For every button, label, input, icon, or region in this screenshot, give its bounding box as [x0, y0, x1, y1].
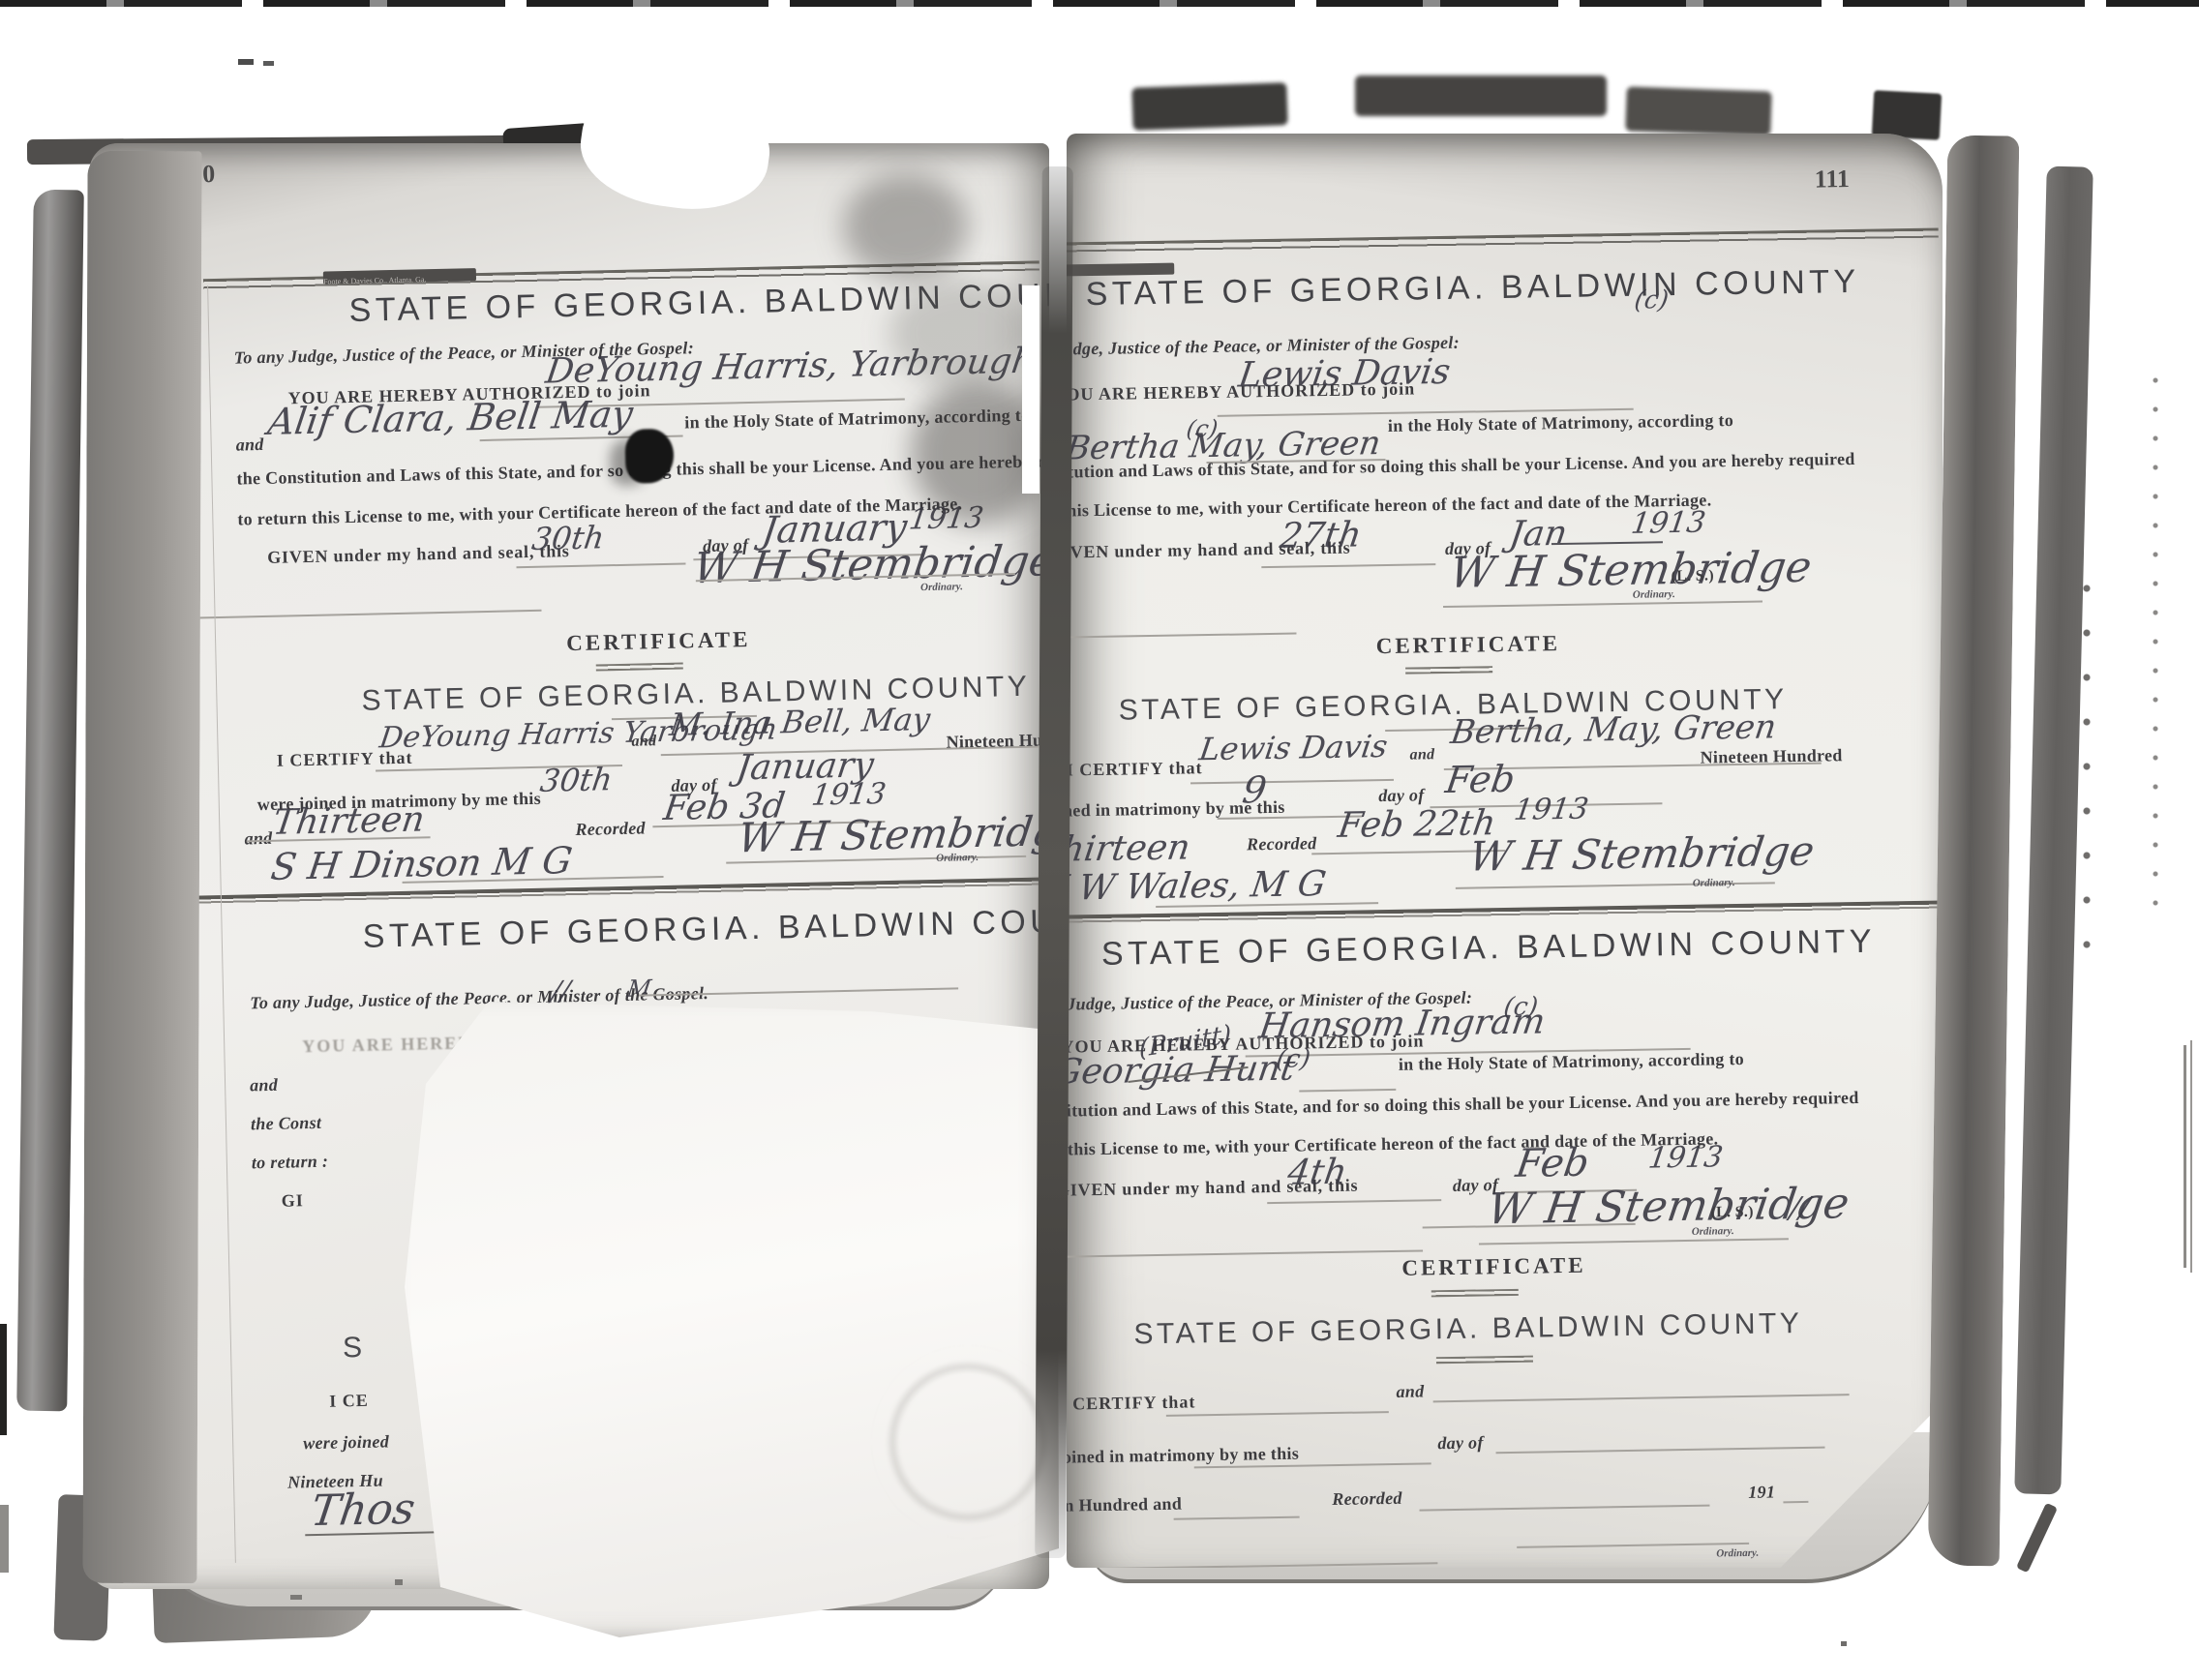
ordinary-label: Ordinary.: [1692, 1225, 1734, 1238]
fill-in-line: [516, 562, 685, 568]
given-partial: GI: [282, 1190, 304, 1211]
scan-speckle-column: [2151, 375, 2162, 927]
fill-in-line: [1190, 779, 1394, 784]
return-clause: to return this License to me, with your …: [1067, 490, 1712, 522]
matrimony-clause: in the Holy State of Matrimony, accordin…: [1399, 1049, 1744, 1075]
header-double-rule: [1067, 227, 1939, 254]
day-of-label: day of: [1437, 1432, 1484, 1454]
license-heading: STATE OF GEORGIA. BALDWIN COUNTY: [1085, 263, 1860, 314]
and-label: and: [1409, 746, 1434, 764]
ordinary-label: Ordinary.: [936, 852, 979, 864]
certificate-bride-handwritten: Bertha, May, Green: [1448, 707, 1778, 752]
record-book-page-111: 111 STATE OF GEORGIA. BALDWIN COUNTY (c)…: [1067, 134, 1943, 1568]
given-day-handwritten: 4th: [1285, 1153, 1349, 1193]
scan-dash-mark: [238, 59, 254, 65]
given-month-handwritten: Feb: [1513, 1141, 1591, 1186]
return-clause: to return this License to me, with your …: [1067, 1128, 1719, 1160]
and-label: and: [1396, 1381, 1424, 1401]
fill-in-line: [1261, 563, 1435, 568]
page-top-crust: [1625, 86, 1772, 135]
ordinary-signature-handwritten: W H Stembridge: [690, 536, 1049, 593]
ordinary-label: Ordinary.: [1693, 877, 1735, 889]
book-cover-edge-left: [16, 190, 84, 1412]
page-111-content: 111 STATE OF GEORGIA. BALDWIN COUNTY (c)…: [1067, 134, 1943, 1568]
scan-dash-mark: [263, 61, 274, 66]
return-partial: to return :: [252, 1152, 329, 1174]
matrimony-clause: in the Holy State of Matrimony, accordin…: [1388, 410, 1733, 436]
scan-left-edge-mark: [0, 1324, 7, 1435]
year-prefix-label: 191: [1748, 1482, 1775, 1502]
scan-top-edge-line: [0, 0, 2199, 7]
recorded-label: Recorded: [1332, 1488, 1402, 1510]
bride-name-handwritten: Georgia Hunt: [1067, 1049, 1297, 1093]
fill-in-line: [1299, 1089, 1396, 1093]
certify-clause: I CERTIFY that: [1067, 758, 1203, 780]
given-day-handwritten: 27th: [1278, 515, 1364, 555]
ordinary-label: Ordinary.: [1716, 1547, 1759, 1560]
year-word-handwritten: Thirteen: [1067, 827, 1192, 870]
second-license-heading: STATE OF GEORGIA. BALDWIN COUNTY: [1101, 923, 1877, 974]
second-license-heading: STATE OF GEORGIA. BALDWIN COUNTY: [362, 901, 1049, 955]
certificate-underline: [1436, 1356, 1533, 1365]
signature-line: [1479, 1238, 1789, 1245]
seal-label: (L. S.): [1710, 1204, 1754, 1222]
page-top-crust: [1872, 90, 1942, 140]
signature-partial-handwritten: Thos: [308, 1485, 418, 1536]
page-number-right: 111: [1815, 165, 1851, 195]
certificate-underline: [1431, 1289, 1519, 1297]
and-partial: and: [250, 1075, 278, 1096]
recorded-year-handwritten: 1913: [1512, 793, 1590, 827]
scan-right-thin-line: [2184, 1045, 2186, 1268]
ordinary-label: Ordinary.: [1633, 588, 1675, 601]
fill-in-line: [1067, 633, 1296, 640]
and-label: and: [235, 435, 263, 456]
state-heading-partial: S: [343, 1332, 363, 1365]
joined-partial: were joined: [303, 1431, 389, 1454]
certificate-state-heading: STATE OF GEORGIA. BALDWIN COUNTY: [1133, 1307, 1802, 1351]
colored-pen-mark: (c): [1275, 1044, 1312, 1074]
scan-left-edge-mark: [0, 1505, 9, 1573]
page-stack-edge-left: [82, 151, 201, 1583]
pen-mark: M: [625, 975, 652, 1003]
recorded-label: Recorded: [1247, 833, 1317, 855]
blank-line: [1067, 1562, 1437, 1568]
colored-pen-mark: (c): [1502, 992, 1540, 1022]
certify-clause: I CERTIFY that: [1067, 1392, 1196, 1414]
certify-partial: I CE: [329, 1391, 369, 1412]
scan-dash-mark: [395, 1579, 403, 1585]
nineteen-hundred-label: Nineteen Hundred: [1700, 745, 1842, 767]
recorded-year-handwritten: 1913: [809, 777, 888, 813]
gutter-white-gap: [1022, 285, 1039, 494]
fill-in-line: [1267, 1199, 1441, 1204]
ordinary-signature-handwritten: W H Stembridge: [1466, 827, 1818, 881]
blank-line: [1496, 1447, 1825, 1455]
blank-line: [1783, 1501, 1808, 1503]
given-year-handwritten: 1913: [1646, 1140, 1725, 1175]
certificate-bride-handwritten: M. Ina Bell, May: [668, 701, 933, 743]
certificate-groom-handwritten: Lewis Davis: [1197, 728, 1390, 767]
and-label: and: [244, 828, 272, 850]
given-year-handwritten: 1913: [1629, 505, 1707, 540]
bride-name-handwritten: Alif Clara, Bell May: [265, 393, 636, 443]
scan-dash-mark: [290, 1595, 302, 1600]
signature-line: [1443, 601, 1762, 608]
and-label: and: [631, 733, 656, 751]
colored-pen-mark: (c): [1633, 285, 1671, 315]
given-day-handwritten: 30th: [529, 519, 606, 557]
blank-line: [1433, 1394, 1850, 1402]
given-clause: GIVEN under my hand and seal, this: [267, 541, 570, 568]
scan-slash-mark: [2016, 1503, 2058, 1574]
form-margin-line: [207, 285, 236, 1563]
ordinary-signature-handwritten: W H Stembridge: [735, 807, 1049, 862]
day-of-label: day of: [1378, 785, 1425, 806]
groom-name-handwritten: Lewis Davis: [1236, 352, 1453, 396]
scan-dot-mark: [1841, 1641, 1847, 1646]
ordinary-label: Ordinary.: [920, 581, 963, 593]
loose-overlay-sheet: [397, 997, 1065, 1645]
joined-clause: joined in matrimony by me this: [1067, 1444, 1299, 1468]
nineteen-hundred-label: Nineteen Hundred and: [1067, 1494, 1182, 1517]
certificate-underline: [1405, 666, 1492, 674]
certificate-day-handwritten: 30th: [538, 761, 615, 799]
blank-line: [1420, 1505, 1710, 1512]
page-top-crust: [1131, 82, 1287, 131]
minister-signature-handwritten: J W Wales, M G: [1067, 864, 1329, 909]
certificate-month-handwritten: Feb: [1443, 758, 1518, 801]
seal-label: (L. S.): [1671, 567, 1714, 585]
scan-right-thin-line: [2190, 1040, 2192, 1273]
blank-line: [1166, 1411, 1389, 1417]
constitution-partial: the Const: [251, 1113, 322, 1135]
nineteen-hundred-label: Nineteen Hundred: [946, 729, 1049, 752]
certificate-heading: CERTIFICATE: [566, 627, 751, 656]
blank-line: [1517, 1543, 1749, 1548]
certificate-heading: CERTIFICATE: [1401, 1253, 1586, 1281]
scan-speckle-column: [2077, 579, 2098, 985]
page-top-crust: [1355, 75, 1607, 116]
ordinary-signature-handwritten: W H Stembridge: [1447, 543, 1815, 598]
blank-line: [1174, 1516, 1300, 1520]
fill-in-line: [1067, 1249, 1423, 1258]
certificate-heading: CERTIFICATE: [1375, 631, 1560, 659]
constitution-clause: the Constitution and Laws of this State,…: [1067, 1088, 1859, 1123]
certificate-underline: [596, 663, 683, 672]
recorded-label: Recorded: [575, 818, 646, 840]
